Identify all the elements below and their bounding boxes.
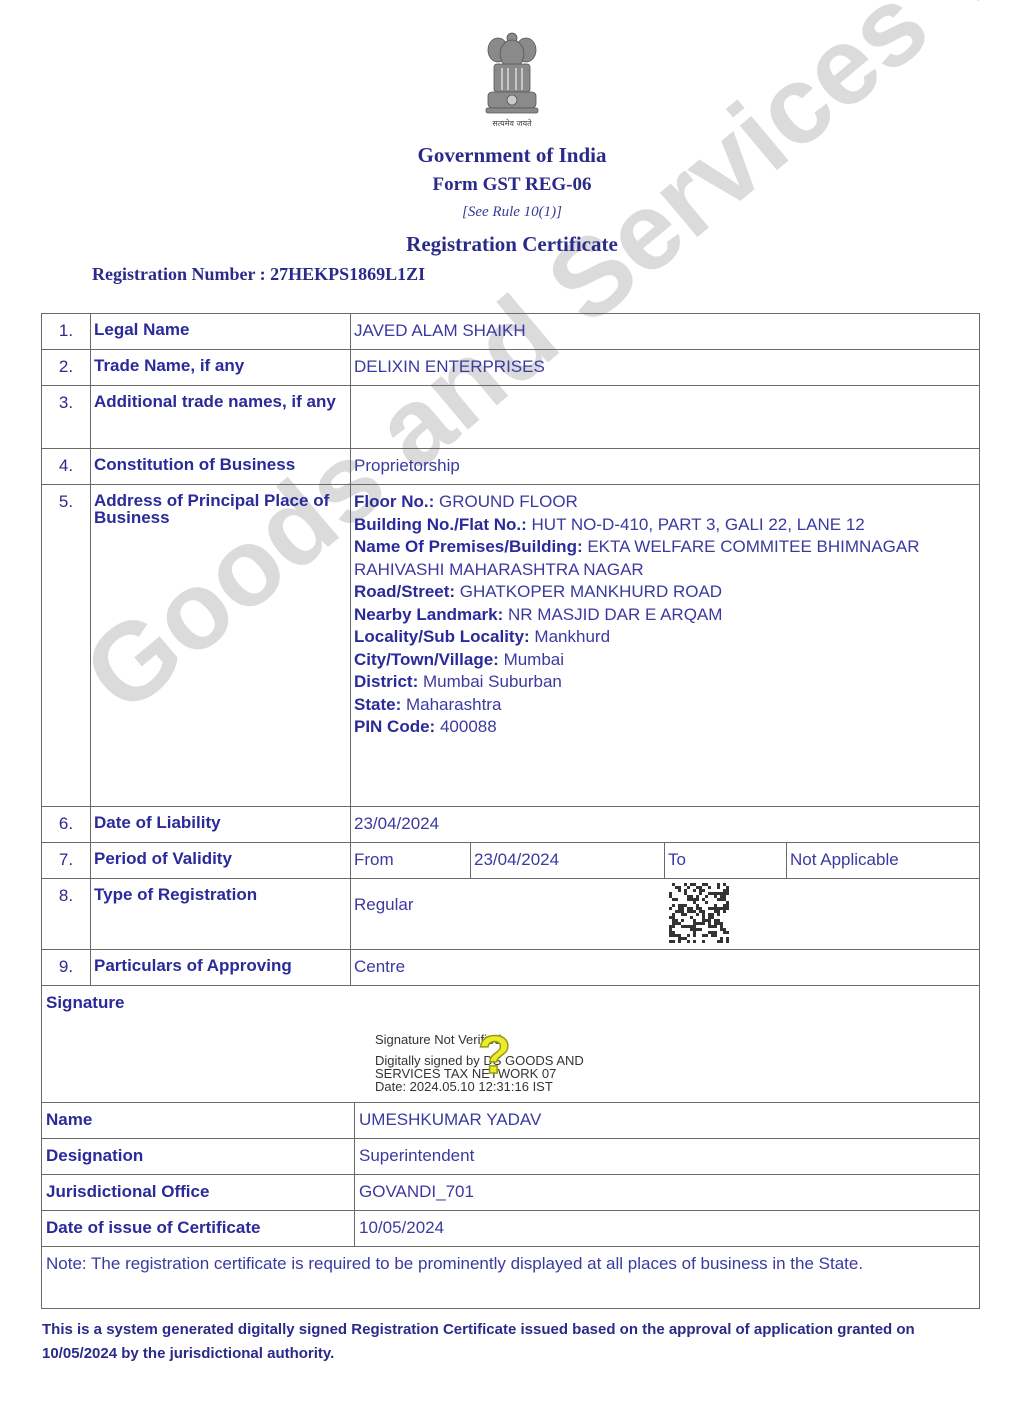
address-value: Floor No.: GROUND FLOORBuilding No./Flat… (351, 485, 980, 807)
address-field-label: Building No./Flat No.: (354, 515, 532, 534)
address-field-value: 400088 (440, 717, 497, 736)
table-row: Jurisdictional Office GOVANDI_701 (42, 1175, 980, 1211)
registration-number: Registration Number : 27HEKPS1869L1ZI (92, 264, 425, 285)
address-field-label: District: (354, 672, 423, 691)
row-label: Period of Validity (91, 843, 351, 879)
address-line: District: Mumbai Suburban (354, 671, 976, 694)
address-field-value: EKTA WELFARE COMMITEE BHIMNAGAR (587, 537, 919, 556)
approving-authority-value: Centre (351, 950, 980, 986)
row-label: Trade Name, if any (91, 350, 351, 386)
address-field-label: Road/Street: (354, 582, 460, 601)
registration-number-value: 27HEKPS1869L1ZI (270, 264, 425, 284)
address-field-value: HUT NO-D-410, PART 3, GALI 22, LANE 12 (532, 515, 865, 534)
address-line: Nearby Landmark: NR MASJID DAR E ARQAM (354, 604, 976, 627)
validity-from-value: 23/04/2024 (471, 843, 665, 879)
address-field-value: Mankhurd (534, 627, 610, 646)
row-number: 2. (42, 350, 91, 386)
legal-name-value: JAVED ALAM SHAIKH (351, 314, 980, 350)
row-label: Date of Liability (91, 807, 351, 843)
address-field-label: Nearby Landmark: (354, 605, 508, 624)
address-line: City/Town/Village: Mumbai (354, 649, 976, 672)
qr-code-icon (669, 883, 729, 943)
row-label: Particulars of Approving (91, 950, 351, 986)
row-number: 9. (42, 950, 91, 986)
table-row: 2. Trade Name, if any DELIXIN ENTERPRISE… (42, 350, 980, 386)
address-line: RAHIVASHI MAHARASHTRA NAGAR (354, 559, 976, 582)
row-label: Type of Registration (91, 879, 351, 950)
display-note: Note: The registration certificate is re… (42, 1247, 980, 1309)
state-emblem-icon (478, 28, 546, 120)
table-row: 8. Type of Registration Regular (42, 879, 980, 950)
trade-name-value: DELIXIN ENTERPRISES (351, 350, 980, 386)
registration-number-label: Registration Number : (92, 264, 266, 284)
address-field-value: GROUND FLOOR (439, 492, 578, 511)
address-line: State: Maharashtra (354, 694, 976, 717)
table-row: 3. Additional trade names, if any (42, 386, 980, 449)
address-field-label: PIN Code: (354, 717, 440, 736)
issue-date-label: Date of issue of Certificate (42, 1211, 355, 1247)
row-number: 6. (42, 807, 91, 843)
address-line: Road/Street: GHATKOPER MANKHURD ROAD (354, 581, 976, 604)
registration-details-table: 1. Legal Name JAVED ALAM SHAIKH 2. Trade… (41, 313, 980, 986)
government-title: Government of India (0, 143, 1024, 168)
designation-value: Superintendent (355, 1139, 980, 1175)
rule-reference: [See Rule 10(1)] (0, 204, 1024, 221)
note-row: Note: The registration certificate is re… (42, 1247, 980, 1309)
address-field-label: Floor No.: (354, 492, 439, 511)
jurisdictional-office-value: GOVANDI_701 (355, 1175, 980, 1211)
table-row: 5. Address of Principal Place of Busines… (42, 485, 980, 807)
validity-from-label: From (351, 843, 471, 879)
jurisdictional-office-label: Jurisdictional Office (42, 1175, 355, 1211)
address-field-value: Maharashtra (406, 695, 501, 714)
address-line: Locality/Sub Locality: Mankhurd (354, 626, 976, 649)
row-number: 8. (42, 879, 91, 950)
row-label: Additional trade names, if any (91, 386, 351, 449)
table-row: 7. Period of Validity From 23/04/2024 To… (42, 843, 980, 879)
address-line: Name Of Premises/Building: EKTA WELFARE … (354, 536, 976, 559)
row-label: Constitution of Business (91, 449, 351, 485)
signature-unverified-icon: ? (478, 1028, 511, 1082)
address-field-value: Mumbai Suburban (423, 672, 562, 691)
certificate-title: Registration Certificate (0, 232, 1024, 257)
address-field-value: RAHIVASHI MAHARASHTRA NAGAR (354, 560, 644, 579)
registration-type-cell: Regular (351, 879, 980, 950)
row-label: Address of Principal Place of Business (91, 485, 351, 807)
address-line: Floor No.: GROUND FLOOR (354, 491, 976, 514)
additional-trade-names-value (351, 386, 980, 449)
address-line: Building No./Flat No.: HUT NO-D-410, PAR… (354, 514, 976, 537)
table-row: 6. Date of Liability 23/04/2024 (42, 807, 980, 843)
validity-to-value: Not Applicable (787, 843, 980, 879)
officer-name-label: Name (42, 1103, 355, 1139)
date-of-liability-value: 23/04/2024 (351, 807, 980, 843)
validity-to-label: To (665, 843, 787, 879)
constitution-value: Proprietorship (351, 449, 980, 485)
row-number: 7. (42, 843, 91, 879)
address-field-value: Mumbai (504, 650, 564, 669)
table-row: 1. Legal Name JAVED ALAM SHAIKH (42, 314, 980, 350)
row-label: Legal Name (91, 314, 351, 350)
address-field-value: GHATKOPER MANKHURD ROAD (460, 582, 722, 601)
address-field-label: State: (354, 695, 406, 714)
table-row: Designation Superintendent (42, 1139, 980, 1175)
system-generated-footer: This is a system generated digitally sig… (42, 1318, 972, 1366)
registration-type-value: Regular (354, 895, 414, 915)
issue-date-value: 10/05/2024 (355, 1211, 980, 1247)
row-number: 1. (42, 314, 91, 350)
officer-name-value: UMESHKUMAR YADAV (355, 1103, 980, 1139)
address-line: PIN Code: 400088 (354, 716, 976, 739)
address-field-value: NR MASJID DAR E ARQAM (508, 605, 722, 624)
address-field-label: City/Town/Village: (354, 650, 504, 669)
address-field-label: Name Of Premises/Building: (354, 537, 587, 556)
table-row: Date of issue of Certificate 10/05/2024 (42, 1211, 980, 1247)
row-number: 5. (42, 485, 91, 807)
row-number: 3. (42, 386, 91, 449)
table-row: 9. Particulars of Approving Centre (42, 950, 980, 986)
row-number: 4. (42, 449, 91, 485)
designation-label: Designation (42, 1139, 355, 1175)
table-row: 4. Constitution of Business Proprietorsh… (42, 449, 980, 485)
address-field-label: Locality/Sub Locality: (354, 627, 534, 646)
form-title: Form GST REG-06 (0, 174, 1024, 196)
emblem-motto: सत्यमेव जयते (0, 118, 1024, 129)
table-row: Name UMESHKUMAR YADAV (42, 1103, 980, 1139)
